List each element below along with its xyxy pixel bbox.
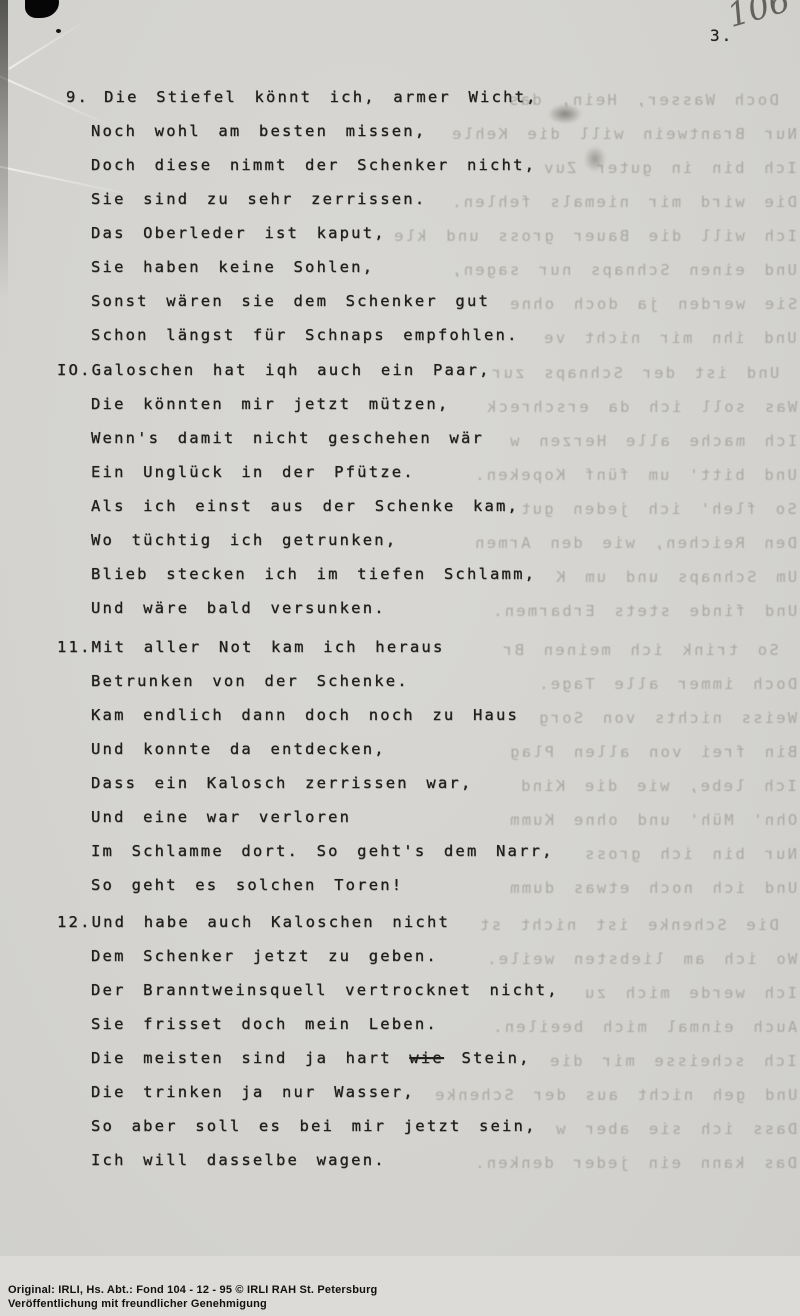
- paper-crease: [8, 20, 85, 69]
- verse-line: Der Branntweinsquell vertrocknet nicht,: [57, 981, 800, 1015]
- verse-line: IO.Galoschen hat iqh auch ein Paar,: [57, 361, 800, 395]
- ink-blot: [25, 0, 59, 18]
- verse-line: 12.Und habe auch Kaloschen nicht: [57, 913, 800, 947]
- verse-line: Wo tüchtig ich getrunken,: [57, 531, 800, 565]
- verse-line: Sie sind zu sehr zerrissen.: [57, 190, 800, 224]
- verse-line: Sie frisset doch mein Leben.: [57, 1015, 800, 1049]
- verse-line: So geht es solchen Toren!: [57, 876, 800, 910]
- verse-line: Und eine war verloren: [57, 808, 800, 842]
- ink-speck: [56, 29, 61, 33]
- verse-line: Und wäre bald versunken.: [57, 599, 800, 633]
- page-number: 3.: [710, 26, 733, 45]
- verse-line: Wenn's damit nicht geschehen wär: [57, 429, 800, 463]
- stanza: 14. Und ist der Schnaps zurWas soll ich …: [57, 361, 800, 633]
- paper-edge-shadow: [0, 0, 8, 300]
- handwritten-archive-number: 106: [723, 0, 794, 35]
- scanned-document-page: { "page": { "handwritten_note": "106", "…: [0, 0, 800, 1316]
- verse-line: Dem Schenker jetzt zu geben.: [57, 947, 800, 981]
- verse-line: Als ich einst aus der Schenke kam,: [57, 497, 800, 531]
- stanza-number: IO.: [57, 361, 92, 379]
- footer-provenance-line: Original: IRLI, Hs. Abt.: Fond 104 - 12 …: [8, 1283, 377, 1297]
- stanza-number: 9.: [66, 88, 89, 106]
- stanza-number: 11.: [57, 638, 92, 656]
- verse-line: Ich will dasselbe wagen.: [57, 1151, 800, 1185]
- verse-line: So aber soll es bei mir jetzt sein,: [57, 1117, 800, 1151]
- verse-line: Sie haben keine Sohlen,: [57, 258, 800, 292]
- verse-line: Noch wohl am besten missen,: [57, 122, 800, 156]
- verse-line: 11.Mit aller Not kam ich heraus: [57, 638, 800, 672]
- footer-permission-line: Veröffentlichung mit freundlicher Genehm…: [8, 1297, 377, 1311]
- verse-line: Schon längst für Schnaps empfohlen.: [57, 326, 800, 360]
- verse-line: Die meisten sind ja hart wie Stein,: [57, 1049, 800, 1083]
- verse-line: Dass ein Kalosch zerrissen war,: [57, 774, 800, 808]
- verse-line: 9.Die Stiefel könnt ich, armer Wicht,: [57, 88, 800, 122]
- verse-line: Doch diese nimmt der Schenker nicht,: [57, 156, 800, 190]
- stanza: 15. So trink ich meinen BrDoch immer all…: [57, 638, 800, 910]
- archive-footer: Original: IRLI, Hs. Abt.: Fond 104 - 12 …: [8, 1283, 377, 1311]
- verse-line: Die könnten mir jetzt mützen,: [57, 395, 800, 429]
- stanza: 13. Doch Wasser, Hein, dasNur Brantwein …: [57, 88, 800, 360]
- verse-line: Die trinken ja nur Wasser,: [57, 1083, 800, 1117]
- verse-line: Das Oberleder ist kaput,: [57, 224, 800, 258]
- verse-line: Kam endlich dann doch noch zu Haus: [57, 706, 800, 740]
- verse-line: Ein Unglück in der Pfütze.: [57, 463, 800, 497]
- verse-line: Und konnte da entdecken,: [57, 740, 800, 774]
- stanza-number: 12.: [57, 913, 92, 931]
- verse-line: Im Schlamme dort. So geht's dem Narr,: [57, 842, 800, 876]
- struck-word: wie: [409, 1049, 444, 1067]
- stanza: 16. Die Schenke ist nicht stWo ich am li…: [57, 913, 800, 1185]
- verse-line: Sonst wären sie dem Schenker gut: [57, 292, 800, 326]
- verse-line: Blieb stecken ich im tiefen Schlamm,: [57, 565, 800, 599]
- verse-line: Betrunken von der Schenke.: [57, 672, 800, 706]
